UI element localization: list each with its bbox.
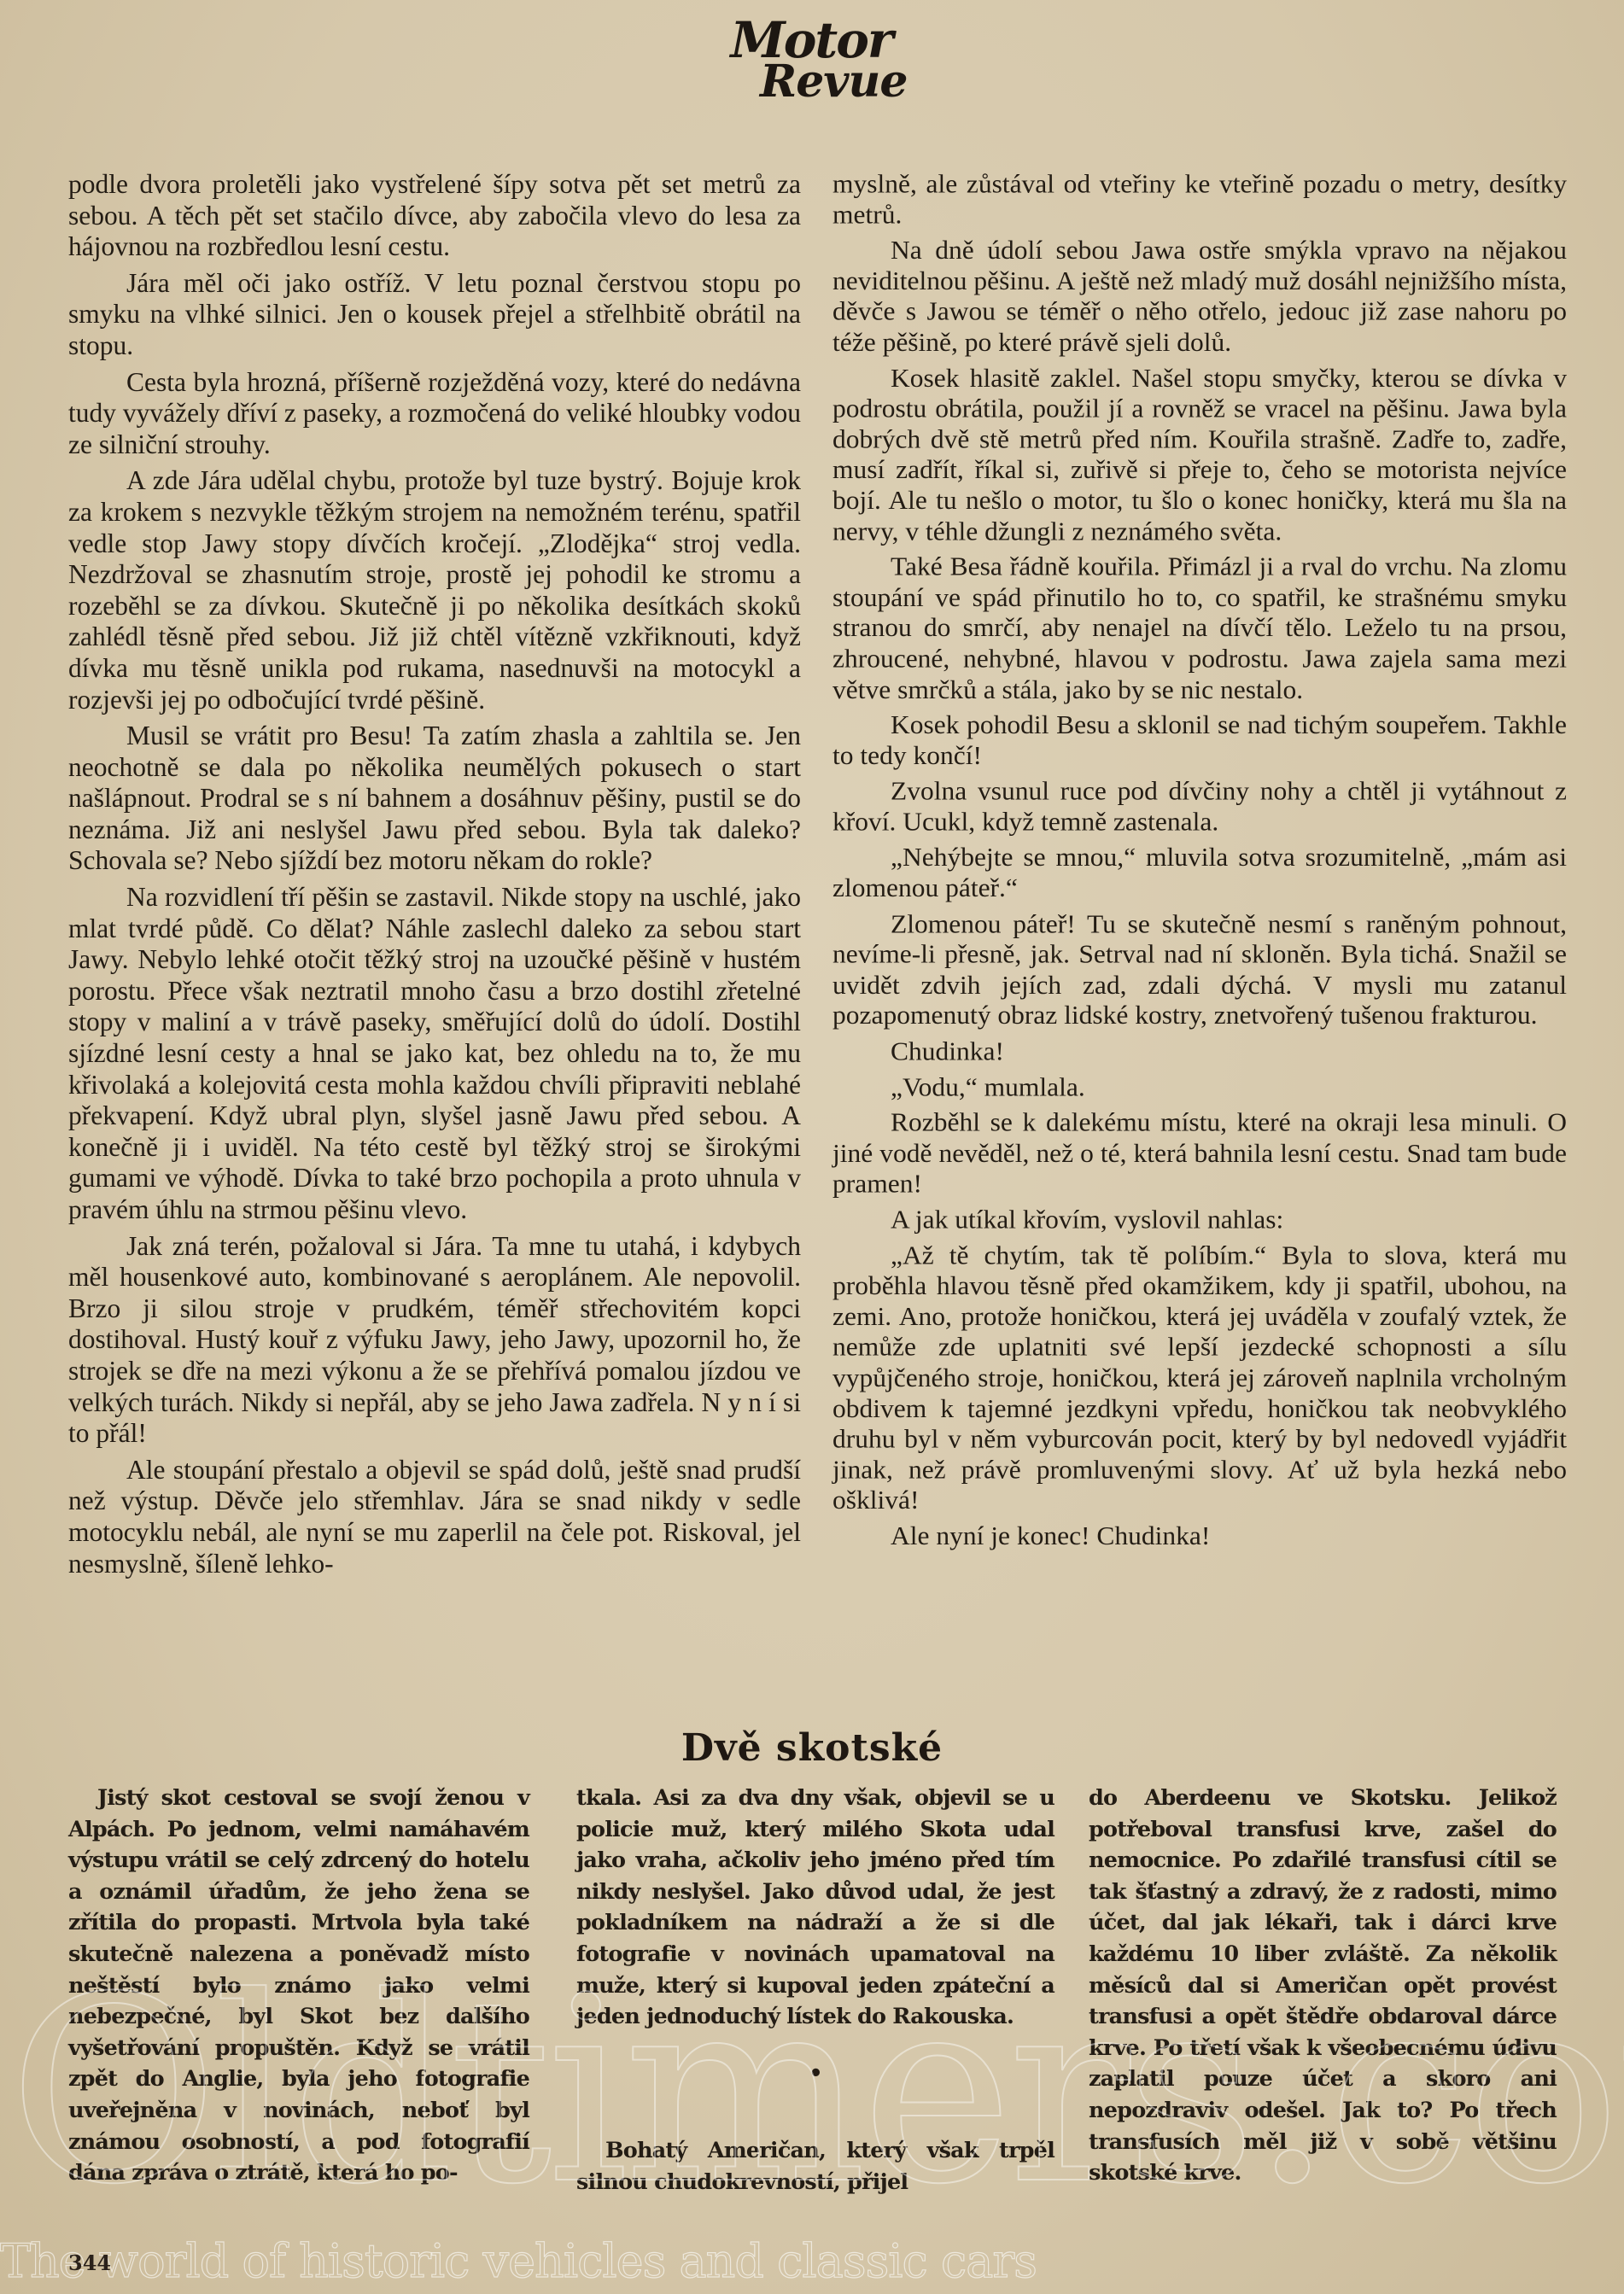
paragraph: „Až tě chytím, tak tě políbím.“ Byla to … xyxy=(832,1240,1567,1516)
paragraph: Musil se vrátit pro Besu! Ta zatím zhasl… xyxy=(68,721,801,877)
anecdote-column-3: do Aberdeenu ve Skotsku. Jelikož potřebo… xyxy=(1089,1783,1557,2189)
paragraph: Kosek hlasitě zaklel. Našel stopu smyčky… xyxy=(832,363,1567,546)
paragraph: do Aberdeenu ve Skotsku. Jelikož potřebo… xyxy=(1089,1783,1557,2189)
masthead-line-2: Revue xyxy=(760,60,905,104)
paragraph: Také Besa řádně kouřila. Přimázl ji a rv… xyxy=(832,552,1567,704)
magazine-masthead: Motor Revue xyxy=(734,15,905,104)
paragraph: „Nehýbejte se mnou,“ mluvila sotva srozu… xyxy=(832,843,1567,904)
separator-dot: • xyxy=(576,2058,1054,2090)
watermark-tagline: The world of historic vehicles and class… xyxy=(0,2239,1037,2285)
page-number: 344 xyxy=(68,2250,111,2275)
paragraph: Na dně údolí sebou Jawa ostře smýkla vpr… xyxy=(832,236,1567,359)
paragraph: Ale stoupání přestalo a objevil se spád … xyxy=(68,1455,801,1579)
paragraph: Na rozvidlení tří pěšin se zastavil. Nik… xyxy=(68,882,801,1226)
section-title: Dvě skotské xyxy=(0,1726,1624,1770)
story-right-column: myslně, ale zůstával od vteřiny ke vteři… xyxy=(832,169,1567,1552)
paragraph: Zlomenou páteř! Tu se skutečně nesmí s r… xyxy=(832,909,1567,1032)
story-left-column: podle dvora proletěli jako vystřelené ší… xyxy=(68,169,801,1579)
paragraph: A jak utíkal křovím, vyslovil nahlas: xyxy=(832,1205,1567,1235)
paragraph: Zvolna vsunul ruce pod dívčiny nohy a ch… xyxy=(832,776,1567,838)
paragraph: „Vodu,“ mumlala. xyxy=(832,1072,1567,1103)
paragraph: Bohatý Američan, který však trpěl silnou… xyxy=(576,2135,1054,2198)
paragraph: myslně, ale zůstával od vteřiny ke vteři… xyxy=(832,169,1567,231)
paragraph: podle dvora proletěli jako vystřelené ší… xyxy=(68,169,801,263)
paragraph: Ale nyní je konec! Chudinka! xyxy=(832,1521,1567,1552)
paragraph: Jistý skot cestoval se svojí ženou v Alp… xyxy=(68,1783,529,2189)
anecdote-column-1: Jistý skot cestoval se svojí ženou v Alp… xyxy=(68,1783,529,2189)
paragraph: Chudinka! xyxy=(832,1036,1567,1067)
anecdote-column-2: tkala. Asi za dva dny však, objevil se u… xyxy=(576,1783,1054,2198)
paragraph: Kosek pohodil Besu a sklonil se nad tich… xyxy=(832,710,1567,772)
paragraph: Jak zná terén, požaloval si Jára. Ta mne… xyxy=(68,1231,801,1450)
paragraph: Rozběhl se k dalekému místu, které na ok… xyxy=(832,1108,1567,1200)
paragraph: Cesta byla hrozná, příšerně rozježděná v… xyxy=(68,367,801,461)
paragraph: tkala. Asi za dva dny však, objevil se u… xyxy=(576,1783,1054,2033)
paragraph: Jára měl oči jako ostříž. V letu poznal … xyxy=(68,268,801,362)
paragraph: A zde Jára udělal chybu, protože byl tuz… xyxy=(68,465,801,715)
